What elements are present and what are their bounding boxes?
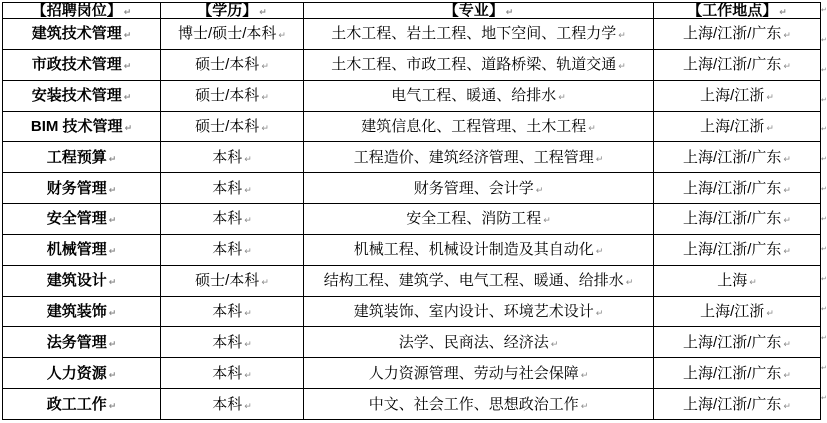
row-end-mark-icon: ↵: [821, 271, 827, 301]
cell-position: 法务管理↵: [3, 327, 161, 358]
cell-education: 本科↵: [161, 327, 304, 358]
paragraph-mark-icon: ↵: [779, 8, 787, 18]
paragraph-mark-icon: ↵: [244, 402, 252, 412]
cell-text: 上海: [717, 272, 747, 289]
row-end-mark-icon: ↵: [821, 121, 827, 151]
cell-text: 土木工程、市政工程、道路桥梁、轨道交通: [331, 56, 616, 73]
cell-location: 上海/江浙/广东↵: [654, 173, 821, 204]
cell-text: 工程造价、建筑经济管理、工程管理: [354, 149, 594, 166]
cell-text: 上海/江浙/广东: [683, 210, 781, 227]
paragraph-mark-icon: ↵: [596, 309, 604, 319]
cell-location: 上海/江浙/广东↵: [654, 327, 821, 358]
cell-text: 上海/江浙/广东: [683, 334, 781, 351]
cell-education: 硕士/本科↵: [161, 265, 304, 296]
cell-text: 中文、社会工作、思想政治工作: [369, 396, 579, 413]
row-end-mark-icon: ↵: [821, 2, 827, 32]
cell-location: 上海/江浙/广东↵: [654, 142, 821, 173]
paragraph-mark-icon: ↵: [618, 62, 626, 72]
cell-education: 硕士/本科↵: [161, 49, 304, 80]
cell-position: 建筑设计↵: [3, 265, 161, 296]
paragraph-mark-icon: ↵: [244, 216, 252, 226]
cell-text: 上海/江浙: [700, 87, 764, 104]
cell-text: 安全工程、消防工程: [406, 210, 541, 227]
paragraph-mark-icon: ↵: [109, 371, 117, 381]
cell-text: 机械管理: [47, 241, 107, 258]
cell-major: 工程造价、建筑经济管理、工程管理↵: [304, 142, 654, 173]
table-row: 工程预算↵本科↵工程造价、建筑经济管理、工程管理↵上海/江浙/广东↵: [3, 142, 821, 173]
paragraph-mark-icon: ↵: [588, 124, 596, 134]
table-row: 政工工作↵本科↵中文、社会工作、思想政治工作↵上海/江浙/广东↵: [3, 389, 821, 420]
paragraph-mark-icon: ↵: [278, 31, 286, 41]
paragraph-mark-icon: ↵: [109, 309, 117, 319]
cell-position: 市政技术管理↵: [3, 49, 161, 80]
cell-text: 上海/江浙/广东: [683, 241, 781, 258]
cell-text: 上海/江浙: [700, 303, 764, 320]
paragraph-mark-icon: ↵: [536, 186, 544, 196]
row-end-mark-icon: ↵: [821, 301, 827, 331]
cell-text: 上海/江浙: [700, 118, 764, 135]
paragraph-mark-icon: ↵: [551, 340, 559, 350]
cell-major: 中文、社会工作、思想政治工作↵: [304, 389, 654, 420]
cell-location: 上海/江浙↵: [654, 296, 821, 327]
cell-text: 上海/江浙/广东: [683, 180, 781, 197]
cell-position: 安全管理↵: [3, 204, 161, 235]
paragraph-mark-icon: ↵: [124, 62, 132, 72]
cell-education: 硕士/本科↵: [161, 80, 304, 111]
cell-location: 上海/江浙/广东↵: [654, 49, 821, 80]
table-row: 建筑技术管理↵博士/硕士/本科↵土木工程、岩土工程、地下空间、工程力学↵上海/江…: [3, 19, 821, 50]
paragraph-mark-icon: ↵: [261, 62, 269, 72]
paragraph-mark-icon: ↵: [124, 8, 132, 18]
row-end-mark-icon: ↵: [821, 390, 827, 420]
cell-location: 上海/江浙/广东↵: [654, 234, 821, 265]
table-row: 人力资源↵本科↵人力资源管理、劳动与社会保障↵上海/江浙/广东↵: [3, 358, 821, 389]
paragraph-mark-icon: ↵: [124, 31, 132, 41]
cell-text: BIM 技术管理: [31, 118, 123, 135]
cell-text: 财务管理: [47, 180, 107, 197]
cell-text: 人力资源: [47, 365, 107, 382]
cell-text: 结构工程、建筑学、电气工程、暖通、给排水: [324, 272, 624, 289]
cell-text: 硕士/本科: [195, 87, 259, 104]
cell-education: 本科↵: [161, 296, 304, 327]
cell-text: 本科: [212, 396, 242, 413]
cell-location: 上海/江浙/广东↵: [654, 19, 821, 50]
paragraph-mark-icon: ↵: [783, 216, 791, 226]
row-end-mark-icon: ↵: [821, 330, 827, 360]
cell-major: 人力资源管理、劳动与社会保障↵: [304, 358, 654, 389]
row-end-mark-icon: ↵: [821, 181, 827, 211]
cell-major: 机械工程、机械设计制造及其自动化↵: [304, 234, 654, 265]
table-row: 机械管理↵本科↵机械工程、机械设计制造及其自动化↵上海/江浙/广东↵: [3, 234, 821, 265]
paragraph-mark-icon: ↵: [506, 8, 514, 18]
paragraph-mark-icon: ↵: [244, 155, 252, 165]
paragraph-mark-icon: ↵: [783, 155, 791, 165]
paragraph-mark-icon: ↵: [766, 93, 774, 103]
cell-text: 土木工程、岩土工程、地下空间、工程力学: [331, 25, 616, 42]
table-row: BIM 技术管理↵硕士/本科↵建筑信息化、工程管理、土木工程↵上海/江浙↵: [3, 111, 821, 142]
paragraph-mark-icon: ↵: [783, 340, 791, 350]
cell-location: 上海/江浙/广东↵: [654, 358, 821, 389]
table-row: 安全管理↵本科↵安全工程、消防工程↵上海/江浙/广东↵: [3, 204, 821, 235]
cell-position: 建筑装饰↵: [3, 296, 161, 327]
header-major-label: 【专业】: [444, 3, 504, 19]
cell-text: 工程预算: [47, 149, 107, 166]
cell-text: 机械工程、机械设计制造及其自动化: [354, 241, 594, 258]
cell-location: 上海/江浙↵: [654, 111, 821, 142]
cell-education: 本科↵: [161, 142, 304, 173]
recruitment-table: 【招聘岗位】↵ 【学历】↵ 【专业】↵ 【工作地点】↵ 建筑技术管理↵博士/硕士…: [2, 2, 821, 420]
cell-position: 机械管理↵: [3, 234, 161, 265]
cell-position: 建筑技术管理↵: [3, 19, 161, 50]
paragraph-mark-icon: ↵: [618, 31, 626, 41]
header-education: 【学历】↵: [161, 3, 304, 19]
cell-text: 市政技术管理: [32, 56, 122, 73]
cell-text: 建筑信息化、工程管理、土木工程: [361, 118, 586, 135]
cell-education: 硕士/本科↵: [161, 111, 304, 142]
cell-major: 土木工程、岩土工程、地下空间、工程力学↵: [304, 19, 654, 50]
cell-location: 上海/江浙/广东↵: [654, 389, 821, 420]
header-position: 【招聘岗位】↵: [3, 3, 161, 19]
paragraph-mark-icon: ↵: [766, 124, 774, 134]
paragraph-mark-icon: ↵: [261, 278, 269, 288]
cell-education: 本科↵: [161, 204, 304, 235]
cell-education: 博士/硕士/本科↵: [161, 19, 304, 50]
cell-text: 本科: [212, 210, 242, 227]
cell-major: 财务管理、会计学↵: [304, 173, 654, 204]
cell-position: 政工工作↵: [3, 389, 161, 420]
cell-education: 本科↵: [161, 358, 304, 389]
cell-text: 建筑设计: [47, 272, 107, 289]
cell-education: 本科↵: [161, 234, 304, 265]
cell-text: 上海/江浙/广东: [683, 396, 781, 413]
cell-text: 本科: [212, 365, 242, 382]
paragraph-mark-icon: ↵: [543, 216, 551, 226]
cell-text: 本科: [212, 241, 242, 258]
paragraph-mark-icon: ↵: [261, 93, 269, 103]
row-end-mark-icon: ↵: [821, 92, 827, 122]
cell-text: 本科: [212, 180, 242, 197]
row-end-mark-icon: ↵: [821, 151, 827, 181]
paragraph-mark-icon: ↵: [109, 340, 117, 350]
cell-text: 政工工作: [47, 396, 107, 413]
paragraph-mark-icon: ↵: [109, 278, 117, 288]
cell-major: 法学、民商法、经济法↵: [304, 327, 654, 358]
paragraph-mark-icon: ↵: [109, 186, 117, 196]
paragraph-mark-icon: ↵: [244, 247, 252, 257]
paragraph-mark-icon: ↵: [581, 402, 589, 412]
paragraph-mark-icon: ↵: [109, 155, 117, 165]
paragraph-mark-icon: ↵: [749, 278, 757, 288]
paragraph-mark-icon: ↵: [109, 402, 117, 412]
cell-text: 安全管理: [47, 210, 107, 227]
row-end-mark-icon: ↵: [821, 360, 827, 390]
cell-position: 财务管理↵: [3, 173, 161, 204]
document-page: 【招聘岗位】↵ 【学历】↵ 【专业】↵ 【工作地点】↵ 建筑技术管理↵博士/硕士…: [0, 0, 827, 423]
cell-text: 本科: [212, 149, 242, 166]
cell-education: 本科↵: [161, 389, 304, 420]
header-location: 【工作地点】↵: [654, 3, 821, 19]
cell-position: 安装技术管理↵: [3, 80, 161, 111]
cell-major: 安全工程、消防工程↵: [304, 204, 654, 235]
cell-text: 上海/江浙/广东: [683, 149, 781, 166]
cell-position: BIM 技术管理↵: [3, 111, 161, 142]
cell-major: 电气工程、暖通、给排水↵: [304, 80, 654, 111]
cell-text: 财务管理、会计学: [414, 180, 534, 197]
paragraph-mark-icon: ↵: [109, 216, 117, 226]
cell-text: 上海/江浙/广东: [683, 365, 781, 382]
cell-major: 建筑信息化、工程管理、土木工程↵: [304, 111, 654, 142]
cell-text: 硕士/本科: [195, 272, 259, 289]
cell-major: 土木工程、市政工程、道路桥梁、轨道交通↵: [304, 49, 654, 80]
cell-location: 上海/江浙↵: [654, 80, 821, 111]
paragraph-mark-icon: ↵: [783, 31, 791, 41]
row-end-mark-icon: ↵: [821, 241, 827, 271]
row-end-mark-icon: ↵: [821, 32, 827, 62]
cell-text: 建筑装饰: [47, 303, 107, 320]
cell-text: 法学、民商法、经济法: [399, 334, 549, 351]
header-major: 【专业】↵: [304, 3, 654, 19]
row-end-mark-icon: ↵: [821, 62, 827, 92]
table-row: 建筑装饰↵本科↵建筑装饰、室内设计、环境艺术设计↵上海/江浙↵: [3, 296, 821, 327]
cell-text: 本科: [212, 334, 242, 351]
paragraph-mark-icon: ↵: [109, 247, 117, 257]
cell-text: 电气工程、暖通、给排水: [391, 87, 556, 104]
paragraph-mark-icon: ↵: [783, 402, 791, 412]
cell-text: 建筑装饰、室内设计、环境艺术设计: [354, 303, 594, 320]
paragraph-mark-icon: ↵: [783, 62, 791, 72]
paragraph-mark-icon: ↵: [626, 278, 634, 288]
cell-major: 结构工程、建筑学、电气工程、暖通、给排水↵: [304, 265, 654, 296]
cell-text: 本科: [212, 303, 242, 320]
cell-text: 安装技术管理: [32, 87, 122, 104]
paragraph-mark-icon: ↵: [581, 371, 589, 381]
row-end-mark-icon: ↵: [821, 211, 827, 241]
row-end-marks: ↵↵↵↵↵↵↵↵↵↵↵↵↵↵: [821, 2, 827, 420]
paragraph-mark-icon: ↵: [558, 93, 566, 103]
paragraph-mark-icon: ↵: [766, 309, 774, 319]
paragraph-mark-icon: ↵: [244, 186, 252, 196]
cell-position: 工程预算↵: [3, 142, 161, 173]
cell-major: 建筑装饰、室内设计、环境艺术设计↵: [304, 296, 654, 327]
paragraph-mark-icon: ↵: [783, 186, 791, 196]
header-education-label: 【学历】: [197, 3, 257, 19]
paragraph-mark-icon: ↵: [244, 340, 252, 350]
cell-location: 上海↵: [654, 265, 821, 296]
header-location-label: 【工作地点】: [687, 3, 777, 19]
cell-text: 建筑技术管理: [32, 25, 122, 42]
cell-position: 人力资源↵: [3, 358, 161, 389]
paragraph-mark-icon: ↵: [261, 124, 269, 134]
cell-education: 本科↵: [161, 173, 304, 204]
paragraph-mark-icon: ↵: [125, 124, 133, 134]
cell-text: 上海/江浙/广东: [683, 25, 781, 42]
paragraph-mark-icon: ↵: [244, 309, 252, 319]
paragraph-mark-icon: ↵: [783, 247, 791, 257]
table-row: 财务管理↵本科↵财务管理、会计学↵上海/江浙/广东↵: [3, 173, 821, 204]
header-row: 【招聘岗位】↵ 【学历】↵ 【专业】↵ 【工作地点】↵: [3, 3, 821, 19]
paragraph-mark-icon: ↵: [244, 371, 252, 381]
paragraph-mark-icon: ↵: [259, 8, 267, 18]
table-row: 法务管理↵本科↵法学、民商法、经济法↵上海/江浙/广东↵: [3, 327, 821, 358]
cell-text: 博士/硕士/本科: [178, 25, 276, 42]
table-row: 市政技术管理↵硕士/本科↵土木工程、市政工程、道路桥梁、轨道交通↵上海/江浙/广…: [3, 49, 821, 80]
paragraph-mark-icon: ↵: [783, 371, 791, 381]
paragraph-mark-icon: ↵: [596, 247, 604, 257]
table-row: 建筑设计↵硕士/本科↵结构工程、建筑学、电气工程、暖通、给排水↵上海↵: [3, 265, 821, 296]
cell-text: 人力资源管理、劳动与社会保障: [369, 365, 579, 382]
cell-text: 法务管理: [47, 334, 107, 351]
cell-text: 硕士/本科: [195, 56, 259, 73]
paragraph-mark-icon: ↵: [124, 93, 132, 103]
header-position-label: 【招聘岗位】: [32, 3, 122, 19]
cell-text: 上海/江浙/广东: [683, 56, 781, 73]
cell-text: 硕士/本科: [195, 118, 259, 135]
cell-location: 上海/江浙/广东↵: [654, 204, 821, 235]
paragraph-mark-icon: ↵: [596, 155, 604, 165]
table-row: 安装技术管理↵硕士/本科↵电气工程、暖通、给排水↵上海/江浙↵: [3, 80, 821, 111]
